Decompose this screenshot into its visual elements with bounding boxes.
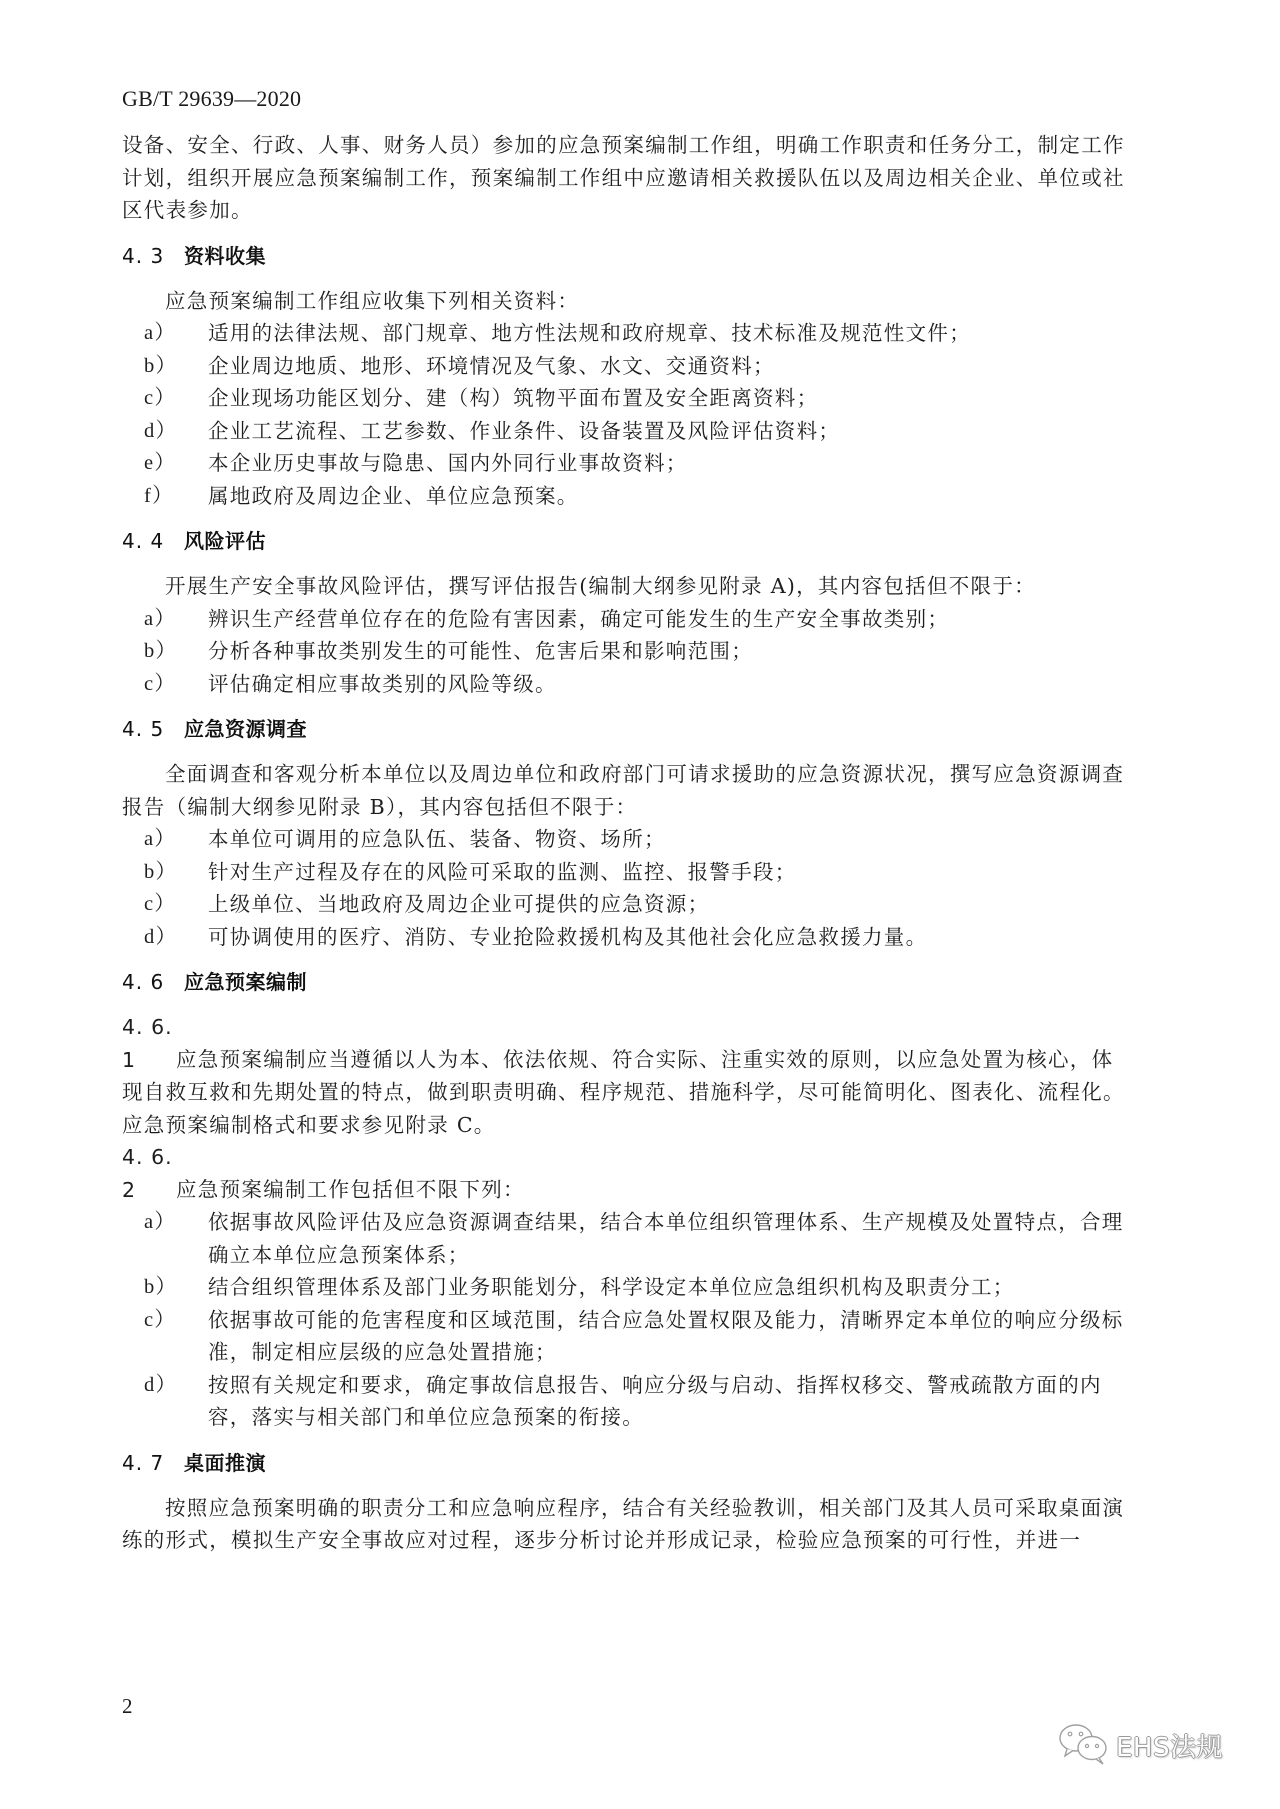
list-marker: a） bbox=[144, 317, 204, 350]
list-marker: c） bbox=[144, 382, 204, 415]
list-marker: d） bbox=[144, 415, 204, 448]
subsection-4-6-2: 4. 6. 2应急预案编制工作包括但不限下列： bbox=[122, 1141, 1128, 1206]
section-title: 风险评估 bbox=[184, 529, 266, 553]
section-heading-4-4: 4. 4风险评估 bbox=[122, 525, 1128, 557]
list-item: b）针对生产过程及存在的风险可采取的监测、监控、报警手段； bbox=[122, 856, 1128, 889]
document-page: GB/T 29639—2020 设备、安全、行政、人事、财务人员）参加的应急预案… bbox=[0, 0, 1280, 1809]
list-item-text: 依据事故可能的危害程度和区域范围，结合应急处置权限及能力，清晰界定本单位的响应分… bbox=[208, 1308, 1124, 1365]
page-number: 2 bbox=[122, 1694, 133, 1719]
subsection-number: 4. 6. 2 bbox=[122, 1141, 176, 1206]
section-heading-4-5: 4. 5应急资源调查 bbox=[122, 713, 1128, 745]
standard-code: GB/T 29639—2020 bbox=[122, 86, 301, 112]
wechat-icon bbox=[1058, 1722, 1110, 1768]
document-body: 设备、安全、行政、人事、财务人员）参加的应急预案编制工作组，明确工作职责和任务分… bbox=[122, 129, 1128, 1557]
list-marker: a） bbox=[144, 823, 204, 856]
section-heading-4-3: 4. 3资料收集 bbox=[122, 240, 1128, 272]
list-item: a）依据事故风险评估及应急资源调查结果，结合本单位组织管理体系、生产规模及处置特… bbox=[122, 1206, 1128, 1271]
section-number: 4. 6 bbox=[122, 966, 184, 998]
subsection-number: 4. 6. 1 bbox=[122, 1011, 176, 1076]
subsection-text: 应急预案编制工作包括但不限下列： bbox=[176, 1178, 525, 1202]
list-item-text: 针对生产过程及存在的风险可采取的监测、监控、报警手段； bbox=[208, 860, 797, 884]
list-marker: a） bbox=[144, 603, 204, 636]
list-item: d）可协调使用的医疗、消防、专业抢险救援机构及其他社会化应急救援力量。 bbox=[122, 921, 1128, 954]
section-lead: 全面调查和客观分析本单位以及周边单位和政府部门可请求援助的应急资源状况，撰写应急… bbox=[122, 758, 1128, 823]
list-marker: d） bbox=[144, 921, 204, 954]
list-item: a）适用的法律法规、部门规章、地方性法规和政府规章、技术标准及规范性文件； bbox=[122, 317, 1128, 350]
list-marker: f） bbox=[144, 480, 204, 513]
section-title: 应急资源调查 bbox=[184, 717, 307, 741]
list-item-text: 适用的法律法规、部门规章、地方性法规和政府规章、技术标准及规范性文件； bbox=[208, 321, 971, 345]
list-marker: b） bbox=[144, 635, 204, 668]
list-item-text: 上级单位、当地政府及周边企业可提供的应急资源； bbox=[208, 892, 709, 916]
section-title: 应急预案编制 bbox=[184, 970, 307, 994]
section-title: 资料收集 bbox=[184, 244, 266, 268]
list-item: e）本企业历史事故与隐患、国内外同行业事故资料； bbox=[122, 447, 1128, 480]
list-item-text: 评估确定相应事故类别的风险等级。 bbox=[208, 672, 557, 696]
list-item: c）依据事故可能的危害程度和区域范围，结合应急处置权限及能力，清晰界定本单位的响… bbox=[122, 1304, 1128, 1369]
list-marker: b） bbox=[144, 1271, 204, 1304]
list-item-text: 本企业历史事故与隐患、国内外同行业事故资料； bbox=[208, 451, 688, 475]
list-marker: c） bbox=[144, 668, 204, 701]
list-item-text: 结合组织管理体系及部门业务职能划分，科学设定本单位应急组织机构及职责分工； bbox=[208, 1275, 1015, 1299]
list-item: a）辨识生产经营单位存在的危险有害因素，确定可能发生的生产安全事故类别； bbox=[122, 603, 1128, 636]
section-number: 4. 3 bbox=[122, 240, 184, 272]
subsection-text: 应急预案编制应当遵循以人为本、依法依规、符合实际、注重实效的原则，以应急处置为核… bbox=[122, 1048, 1125, 1137]
list-marker: b） bbox=[144, 856, 204, 889]
list-marker: b） bbox=[144, 350, 204, 383]
list-item: a）本单位可调用的应急队伍、装备、物资、场所； bbox=[122, 823, 1128, 856]
section-heading-4-6: 4. 6应急预案编制 bbox=[122, 966, 1128, 998]
list-item: c）上级单位、当地政府及周边企业可提供的应急资源； bbox=[122, 888, 1128, 921]
list-item: b）分析各种事故类别发生的可能性、危害后果和影响范围； bbox=[122, 635, 1128, 668]
list-item-text: 可协调使用的医疗、消防、专业抢险救援机构及其他社会化应急救援力量。 bbox=[208, 925, 927, 949]
subsection-4-6-1: 4. 6. 1应急预案编制应当遵循以人为本、依法依规、符合实际、注重实效的原则，… bbox=[122, 1011, 1128, 1141]
list-item-text: 辨识生产经营单位存在的危险有害因素，确定可能发生的生产安全事故类别； bbox=[208, 607, 949, 631]
list-item: c）企业现场功能区划分、建（构）筑物平面布置及安全距离资料； bbox=[122, 382, 1128, 415]
list-item: f）属地政府及周边企业、单位应急预案。 bbox=[122, 480, 1128, 513]
section-heading-4-7: 4. 7桌面推演 bbox=[122, 1447, 1128, 1479]
list-item-text: 企业工艺流程、工艺参数、作业条件、设备装置及风险评估资料； bbox=[208, 419, 840, 443]
list-item-text: 本单位可调用的应急队伍、装备、物资、场所； bbox=[208, 827, 666, 851]
list-item-text: 按照有关规定和要求，确定事故信息报告、响应分级与启动、指挥权移交、警戒疏散方面的… bbox=[208, 1373, 1102, 1430]
list-item-text: 企业周边地质、地形、环境情况及气象、水文、交通资料； bbox=[208, 354, 775, 378]
section-lead: 开展生产安全事故风险评估，撰写评估报告(编制大纲参见附录 A)，其内容包括但不限… bbox=[122, 570, 1128, 603]
section-lead: 按照应急预案明确的职责分工和应急响应程序，结合有关经验教训，相关部门及其人员可采… bbox=[122, 1492, 1128, 1557]
list-marker: c） bbox=[144, 1304, 204, 1337]
list-item: d）企业工艺流程、工艺参数、作业条件、设备装置及风险评估资料； bbox=[122, 415, 1128, 448]
list-item: c）评估确定相应事故类别的风险等级。 bbox=[122, 668, 1128, 701]
watermark-text: EHS法规 bbox=[1116, 1727, 1223, 1764]
list-item-text: 企业现场功能区划分、建（构）筑物平面布置及安全距离资料； bbox=[208, 386, 818, 410]
section-number: 4. 5 bbox=[122, 713, 184, 745]
list-item-text: 分析各种事故类别发生的可能性、危害后果和影响范围； bbox=[208, 639, 753, 663]
intro-paragraph: 设备、安全、行政、人事、财务人员）参加的应急预案编制工作组，明确工作职责和任务分… bbox=[122, 129, 1128, 227]
list-item: b）结合组织管理体系及部门业务职能划分，科学设定本单位应急组织机构及职责分工； bbox=[122, 1271, 1128, 1304]
list-item-text: 依据事故风险评估及应急资源调查结果，结合本单位组织管理体系、生产规模及处置特点，… bbox=[208, 1210, 1124, 1267]
list-marker: d） bbox=[144, 1369, 204, 1402]
list-marker: a） bbox=[144, 1206, 204, 1239]
list-item-text: 属地政府及周边企业、单位应急预案。 bbox=[208, 484, 579, 508]
list-marker: e） bbox=[144, 447, 204, 480]
watermark: EHS法规 bbox=[1058, 1722, 1223, 1768]
list-marker: c） bbox=[144, 888, 204, 921]
section-lead: 应急预案编制工作组应收集下列相关资料： bbox=[122, 285, 1128, 318]
section-number: 4. 4 bbox=[122, 525, 184, 557]
section-title: 桌面推演 bbox=[184, 1451, 266, 1475]
section-number: 4. 7 bbox=[122, 1447, 184, 1479]
list-item: d）按照有关规定和要求，确定事故信息报告、响应分级与启动、指挥权移交、警戒疏散方… bbox=[122, 1369, 1128, 1434]
list-item: b）企业周边地质、地形、环境情况及气象、水文、交通资料； bbox=[122, 350, 1128, 383]
